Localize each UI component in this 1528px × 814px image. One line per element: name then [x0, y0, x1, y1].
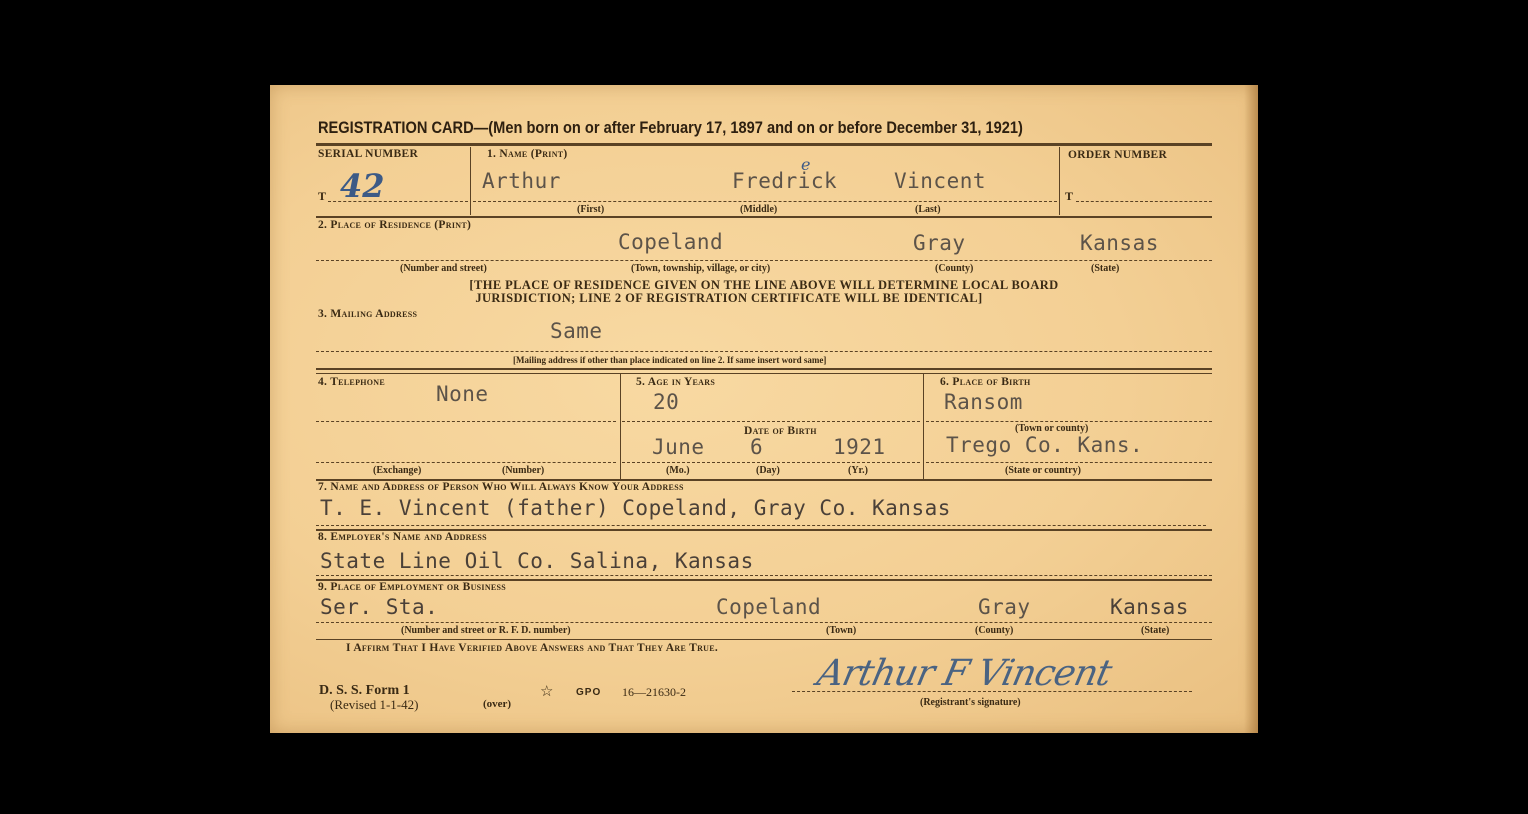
order-line: [1076, 201, 1212, 202]
age-label: 5. Age in Years: [636, 376, 715, 388]
residence-town: Copeland: [618, 230, 723, 254]
serial-number-value: 42: [340, 167, 385, 205]
residence-line: [316, 260, 1212, 261]
birth-town: Ransom: [944, 390, 1023, 414]
employment-state: Kansas: [1110, 595, 1189, 619]
birth-town-line: [926, 421, 1212, 422]
signature-caption: (Registrant's signature): [920, 697, 1021, 708]
name-line: [473, 201, 1057, 202]
birth-state-line: [926, 462, 1212, 463]
caption-last: (Last): [915, 204, 941, 215]
caption-middle: (Middle): [740, 204, 777, 215]
residence-county: Gray: [913, 231, 966, 255]
age-line: [622, 421, 920, 422]
caption-employment-street: (Number and street or R. F. D. number): [401, 625, 571, 636]
employment-place-label: 9. Place of Employment or Business: [318, 581, 506, 593]
employment-street: Ser. Sta.: [320, 595, 438, 619]
divider: [470, 147, 471, 215]
card-title: REGISTRATION CARD—(Men born on or after …: [318, 118, 1023, 138]
order-number-label: ORDER NUMBER: [1068, 149, 1167, 161]
order-prefix: T: [1065, 189, 1073, 204]
caption-birth-state: (State or country): [1005, 465, 1081, 476]
contact-person-label: 7. Name and Address of Person Who Will A…: [318, 481, 684, 493]
serial-prefix: T: [318, 189, 326, 204]
registration-card: REGISTRATION CARD—(Men born on or after …: [270, 85, 1258, 733]
divider: [1059, 147, 1060, 215]
birth-year: 1921: [833, 435, 886, 459]
over-note: (over): [483, 698, 511, 710]
divider: [316, 216, 1212, 218]
form-revision: (Revised 1-1-42): [330, 697, 418, 713]
print-code: 16—21630-2: [622, 685, 686, 700]
divider: [620, 374, 621, 479]
caption-number: (Number): [502, 465, 544, 476]
residence-label: 2. Place of Residence (Print): [318, 219, 471, 231]
caption-exchange: (Exchange): [373, 465, 421, 476]
divider: [316, 373, 1212, 374]
first-name: Arthur: [482, 169, 561, 193]
mailing-line: [316, 351, 1212, 352]
employer-line: [316, 575, 1212, 576]
mailing-address-value: Same: [550, 319, 603, 343]
caption-day: (Day): [756, 465, 780, 476]
signature-line: [792, 691, 1192, 692]
telephone-label: 4. Telephone: [318, 376, 385, 388]
gpo-mark: GPO: [576, 687, 601, 698]
contact-person-value: T. E. Vincent (father) Copeland, Gray Co…: [320, 496, 951, 520]
telephone-value: None: [436, 382, 489, 406]
middle-name: Fredrick: [732, 169, 837, 193]
employer-value: State Line Oil Co. Salina, Kansas: [320, 549, 754, 573]
employer-label: 8. Employer's Name and Address: [318, 531, 487, 543]
caption-first: (First): [577, 204, 604, 215]
caption-employment-town: (Town): [826, 625, 856, 636]
caption-street: (Number and street): [400, 263, 487, 274]
last-name: Vincent: [894, 169, 986, 193]
caption-year: (Yr.): [848, 465, 868, 476]
caption-employment-state: (State): [1141, 625, 1169, 636]
divider: [316, 368, 1212, 370]
residence-state: Kansas: [1080, 231, 1159, 255]
caption-state: (State): [1091, 263, 1119, 274]
registrant-signature: Arthur F Vincent: [814, 653, 1115, 694]
star-icon: ☆: [540, 682, 553, 701]
caption-county: (County): [935, 263, 973, 274]
divider: [316, 639, 1212, 640]
employment-county: Gray: [978, 595, 1031, 619]
birth-day: 6: [750, 435, 763, 459]
middle-name-correction: e: [801, 155, 810, 174]
mailing-address-label: 3. Mailing Address: [318, 308, 417, 320]
birth-date-line: [622, 462, 920, 463]
place-of-birth-label: 6. Place of Birth: [940, 376, 1031, 388]
telephone-line: [316, 421, 616, 422]
mailing-caption: [Mailing address if other than place ind…: [513, 355, 826, 365]
divider: [923, 374, 924, 479]
caption-employment-county: (County): [975, 625, 1013, 636]
caption-town: (Town, township, village, or city): [631, 263, 770, 274]
birth-state: Trego Co. Kans.: [946, 433, 1143, 457]
birth-month: June: [652, 435, 705, 459]
affirmation-text: I Affirm That I Have Verified Above Answ…: [346, 642, 718, 654]
employment-line: [316, 622, 1212, 623]
jurisdiction-notice-2: JURISDICTION; LINE 2 OF REGISTRATION CER…: [316, 291, 1142, 306]
divider: [316, 143, 1212, 146]
contact-line: [316, 525, 1206, 526]
employment-town: Copeland: [716, 595, 821, 619]
name-label: 1. Name (Print): [487, 148, 568, 160]
age-value: 20: [653, 390, 679, 414]
caption-month: (Mo.): [666, 465, 690, 476]
telephone-line-2: [316, 462, 616, 463]
serial-number-label: SERIAL NUMBER: [318, 148, 418, 160]
